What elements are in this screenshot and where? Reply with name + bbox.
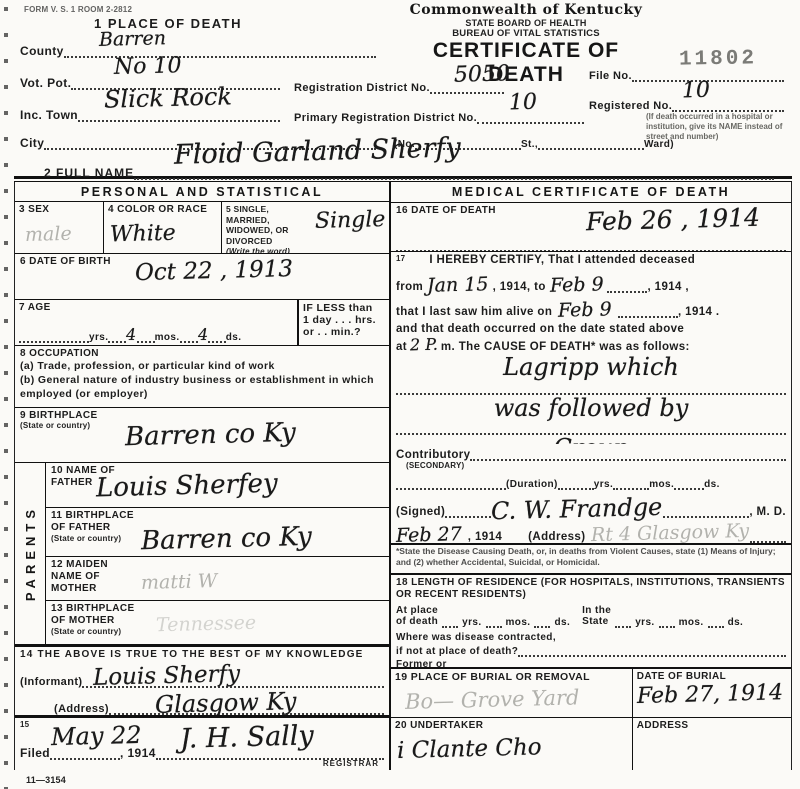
contracted-leader — [518, 643, 786, 657]
from-label: from — [396, 281, 423, 293]
in-state-label2: State — [582, 616, 611, 628]
md-address-leader — [750, 528, 787, 542]
res-leader4 — [615, 613, 631, 627]
registered-label: Registered No. — [589, 100, 672, 112]
burial-label: 19 PLACE OF BURIAL OR REMOVAL — [395, 671, 628, 683]
father-birthplace-row: 11 BIRTHPLACE OF FATHER (State or countr… — [46, 507, 389, 557]
duration2-mos-label: mos. — [649, 479, 674, 490]
registered-value: 10 — [682, 80, 711, 103]
residence-label: 18 LENGTH OF RESIDENCE (FOR HOSPITALS, I… — [396, 577, 786, 602]
filed-row: 15 Filed , 1914 May 22 J. H. Sally REGIS… — [15, 715, 389, 770]
duration2-leader3 — [674, 476, 704, 490]
mother-name-value: matti W — [141, 572, 218, 593]
res-mos2: mos. — [679, 617, 704, 628]
file-no-value: 11802 — [679, 47, 757, 71]
dob-leader — [20, 287, 384, 298]
form-code: FORM V. S. 1 ROOM 2-2812 — [24, 5, 132, 14]
cause-line-1-wrap: Lagripp which — [396, 355, 786, 394]
sex-label: 3 SEX — [19, 204, 99, 215]
duration2-yrs-label: yrs. — [594, 479, 613, 490]
certificate-form: FORM V. S. 1 ROOM 2-2812 1 PLACE OF DEAT… — [14, 0, 792, 789]
occupation-b-label: (b) General nature of industry business … — [20, 374, 384, 401]
if-less-cell: IF LESS than 1 day . . . hrs. or . . min… — [297, 300, 389, 346]
informant-section: 14 THE ABOVE IS TRUE TO THE BEST OF MY K… — [15, 644, 389, 715]
signed-leader2 — [663, 503, 750, 517]
medical-column: MEDICAL CERTIFICATE OF DEATH 16 DATE OF … — [391, 182, 791, 770]
certify-no: 17 — [396, 254, 405, 263]
burial-row: 19 PLACE OF BURIAL OR REMOVAL Bo— Grove … — [391, 667, 791, 716]
undertaker-address-cell: ADDRESS — [632, 718, 791, 770]
dod-value: Feb 26 , 1914 — [586, 205, 761, 235]
age-ds-label: ds. — [226, 332, 242, 343]
res-yrs1: yrs. — [462, 617, 481, 628]
duration2-leader1 — [558, 476, 594, 490]
cause-line-2: was followed by — [494, 394, 689, 422]
race-cell: 4 COLOR OR RACE White — [103, 202, 221, 253]
if-less-line1: IF LESS than — [303, 302, 385, 314]
to-value: Feb 9 — [550, 275, 604, 295]
board-title: STATE BOARD OF HEALTH — [392, 18, 660, 28]
informant-value: Louis Sherfy — [93, 663, 241, 690]
to-end-label: , 1914 , — [647, 281, 689, 293]
birthplace-value: Barren co Ky — [125, 420, 296, 450]
contracted-label: Where was disease contracted, — [396, 632, 786, 643]
at-label: at — [396, 341, 407, 353]
signed-value: C. W. Frandge — [491, 495, 663, 523]
primary-reg-value: 10 — [509, 92, 538, 115]
duration2-leader0 — [396, 476, 506, 490]
sex-value: male — [25, 224, 99, 245]
reg-district-label: Registration District No. — [294, 82, 430, 94]
personal-section-header: PERSONAL AND STATISTICAL PARTICULARS — [15, 182, 389, 201]
cause-leader-1 — [396, 380, 786, 394]
father-name-row: 10 NAME OF FATHER Louis Sherfey — [46, 463, 389, 507]
age-mos-label: mos. — [155, 332, 180, 343]
medical-section-header: MEDICAL CERTIFICATE OF DEATH — [391, 182, 791, 202]
age-leader5 — [208, 328, 226, 342]
age-leader4 — [180, 328, 198, 342]
cause-line-1: Lagripp which — [503, 353, 679, 381]
signed-section: (Signed) C. W. Frandge , M. D. Feb 27 , … — [391, 492, 791, 543]
birthplace-leader — [20, 456, 384, 462]
from-value: Jan 15 — [427, 275, 489, 296]
cause-leader-2 — [396, 421, 786, 435]
cause-line-2-wrap: was followed by — [396, 396, 786, 435]
vot-pot-label: Vot. Pot. — [20, 76, 71, 90]
mother-birthplace-label: 13 BIRTHPLACE OF MOTHER — [51, 603, 141, 627]
informant-label: (Informant) — [20, 676, 82, 688]
bottom-form-code: 11—3154 — [26, 775, 66, 785]
occurred-line: and that death occurred on the date stat… — [396, 323, 786, 335]
personal-section-title: PERSONAL AND STATISTICAL PARTICULARS — [20, 185, 384, 201]
sex-race-marital-row: 3 SEX male 4 COLOR OR RACE White 5 SINGL… — [15, 201, 389, 253]
county-value: Barren — [99, 29, 166, 50]
city-label: City — [20, 136, 44, 150]
md-label: , M. D. — [749, 506, 786, 518]
res-ds2: ds. — [728, 617, 744, 628]
from-mid-label: , 1914, to — [493, 281, 546, 293]
form-body: PERSONAL AND STATISTICAL PARTICULARS 3 S… — [14, 182, 792, 770]
signed-label: (Signed) — [396, 506, 445, 518]
certify-section: 17 I HEREBY CERTIFY, That I attended dec… — [391, 251, 791, 444]
last-saw-label: that I last saw him alive on — [396, 306, 552, 318]
at-place-label1: At place — [396, 605, 438, 617]
marital-sub-label: (Write the word) — [226, 247, 385, 254]
duration2-ds-label: ds. — [704, 479, 720, 490]
signed-date-value: Feb 27 — [396, 525, 462, 543]
bureau-title: BUREAU OF VITAL STATISTICS — [392, 28, 660, 39]
contracted-label2: if not at place of death? — [396, 646, 518, 657]
parents-strip: PARENTS — [15, 463, 45, 644]
hour-value: 2 P. — [410, 337, 438, 354]
dod-row: 16 DATE OF DEATH Feb 26 , 1914 (Month) (… — [391, 202, 791, 251]
father-name-value: Louis Sherfey — [96, 471, 278, 502]
mother-birthplace-row: 13 BIRTHPLACE OF MOTHER (State or countr… — [46, 600, 389, 644]
if-less-line2: 1 day . . . hrs. — [303, 314, 385, 326]
occupation-label: 8 OCCUPATION — [20, 348, 384, 359]
full-name-row: 2 FULL NAME — [44, 166, 774, 180]
age-leader2 — [108, 328, 126, 342]
res-leader1 — [442, 613, 458, 627]
undertaker-cell: 20 UNDERTAKER i Clante Cho — [391, 718, 632, 770]
if-less-line3: or . . min.? — [303, 326, 385, 338]
race-label: 4 COLOR OR RACE — [108, 204, 217, 215]
parents-label: PARENTS — [23, 505, 38, 601]
personal-column: PERSONAL AND STATISTICAL PARTICULARS 3 S… — [15, 182, 391, 770]
burial-date-value: Feb 27, 1914 — [637, 682, 788, 708]
cause-intro-label: m. The CAUSE OF DEATH* was as follows: — [441, 341, 690, 353]
burial-date-cell: DATE OF BURIAL Feb 27, 1914 — [632, 669, 791, 716]
disease-note-row: *State the Disease Causing Death, or, in… — [391, 543, 791, 573]
sex-cell: 3 SEX male — [15, 202, 103, 253]
inc-town-value: Slick Rock — [104, 84, 233, 111]
dob-value: Oct 22 , 1913 — [135, 258, 294, 285]
reg-district-value: 5050 — [454, 63, 511, 86]
filed-date-value: May 22 — [51, 723, 142, 749]
undertaker-label: 20 UNDERTAKER — [395, 720, 628, 731]
contributory-section: Contributory (SECONDARY) (Duration) yrs.… — [391, 444, 791, 491]
age-leader3 — [137, 328, 155, 342]
secondary-label: (SECONDARY) — [406, 461, 786, 470]
age-mos-value: 4 — [126, 326, 137, 342]
duration2-label: (Duration) — [506, 479, 558, 490]
last-saw-end-label: , 1914 . — [678, 306, 720, 318]
primary-reg-row: Primary Registration District No. — [294, 110, 584, 124]
certify-label: I HEREBY CERTIFY, That I attended deceas… — [429, 254, 695, 266]
in-state-label1: In the — [582, 605, 611, 617]
st-label: St., — [521, 139, 538, 150]
father-birthplace-label: 11 BIRTHPLACE OF FATHER — [51, 510, 141, 534]
res-leader3 — [534, 613, 550, 627]
contributory-label: Contributory — [396, 449, 470, 461]
res-leader5 — [659, 613, 675, 627]
disease-note: *State the Disease Causing Death, or, in… — [396, 546, 786, 567]
parents-rows: 10 NAME OF FATHER Louis Sherfey 11 BIRTH… — [45, 463, 389, 644]
residence-section: 18 LENGTH OF RESIDENCE (FOR HOSPITALS, I… — [391, 573, 791, 668]
st-leader — [538, 136, 644, 150]
last-saw-leader — [618, 304, 678, 318]
last-saw-value: Feb 9 — [558, 300, 612, 320]
primary-reg-label: Primary Registration District No. — [294, 112, 477, 124]
knowledge-label: 14 THE ABOVE IS TRUE TO THE BEST OF MY K… — [20, 649, 384, 660]
inc-town-label: Inc. Town — [20, 108, 78, 122]
cause-line-3: Croup — [553, 434, 628, 444]
county-row: County — [20, 44, 376, 58]
contributory-leader — [470, 446, 786, 460]
scan-binding-edge — [2, 0, 12, 789]
hospital-note: (If death occurred in a hospital or inst… — [646, 112, 786, 142]
form-footer: 11—3154 — [14, 770, 792, 789]
file-no-label: File No. — [589, 70, 632, 82]
undertaker-address-label: ADDRESS — [637, 720, 787, 731]
father-birthplace-value: Barren co Ky — [141, 523, 312, 553]
mother-birthplace-value: Tennessee — [156, 614, 257, 636]
former-label1: Former or — [396, 659, 786, 667]
county-label: County — [20, 44, 64, 58]
dod-leader — [396, 238, 786, 251]
burial-value: Bo— Grove Yard — [405, 687, 628, 714]
informant-address-label: (Address) — [54, 703, 109, 715]
res-leader2 — [486, 613, 502, 627]
death-certificate-scan: FORM V. S. 1 ROOM 2-2812 1 PLACE OF DEAT… — [0, 0, 800, 789]
cause-line-3-wrap: Croup — [396, 436, 786, 444]
race-value: White — [110, 222, 218, 247]
burial-place-cell: 19 PLACE OF BURIAL OR REMOVAL Bo— Grove … — [391, 669, 632, 716]
to-leader — [607, 279, 647, 293]
res-ds1: ds. — [554, 617, 570, 628]
signed-leader — [445, 503, 491, 517]
occupation-a-label: (a) Trade, profession, or particular kin… — [20, 360, 384, 374]
full-name-label: 2 FULL NAME — [44, 166, 134, 180]
marital-label: 5 SINGLE, MARRIED, WIDOWED, OR DIVORCED — [226, 204, 310, 247]
age-label: 7 AGE — [19, 302, 293, 313]
signed-year-label: , 1914 — [468, 531, 502, 543]
parents-section: PARENTS 10 NAME OF FATHER Louis Sherfey … — [15, 462, 389, 644]
mother-name-label: 12 MAIDEN NAME OF MOTHER — [51, 559, 141, 595]
registrar-label: REGISTRAR — [323, 759, 379, 768]
age-row: 7 AGE yrs. 4 mos. 4 ds. — [15, 299, 389, 346]
full-name-value: Floid Garland Sherfy — [174, 134, 461, 168]
res-mos1: mos. — [506, 617, 531, 628]
mother-name-row: 12 MAIDEN NAME OF MOTHER matti W — [46, 556, 389, 600]
medical-section-title: MEDICAL CERTIFICATE OF DEATH — [396, 185, 786, 199]
dob-row: 6 DATE OF BIRTH Oct 22 , 1913 (Month) (D… — [15, 253, 389, 298]
marital-cell: 5 SINGLE, MARRIED, WIDOWED, OR DIVORCED … — [221, 202, 389, 253]
undertaker-value: i Clante Cho — [397, 734, 628, 763]
vot-pot-value: No 10 — [114, 55, 182, 79]
md-address-label: (Address) — [528, 531, 585, 543]
birthplace-row: 9 BIRTHPLACE (State or country) Barren c… — [15, 407, 389, 462]
marital-value: Single — [314, 209, 385, 233]
age-ds-value: 4 — [197, 326, 208, 342]
age-cell: 7 AGE yrs. 4 mos. 4 ds. — [15, 300, 297, 346]
informant-address-value: Glasgow Ky — [155, 689, 297, 715]
commonwealth-title: Commonwealth of Kentucky — [392, 2, 660, 18]
occupation-row: 8 OCCUPATION (a) Trade, profession, or p… — [15, 345, 389, 407]
undertaker-row: 20 UNDERTAKER i Clante Cho ADDRESS — [391, 717, 791, 770]
age-leader1 — [19, 328, 89, 342]
at-place-label2: of death — [396, 616, 438, 628]
md-address-value: Rt 4 Glasgow Ky — [591, 522, 750, 543]
res-leader6 — [708, 613, 724, 627]
form-header: FORM V. S. 1 ROOM 2-2812 1 PLACE OF DEAT… — [14, 0, 792, 176]
filed-label: Filed — [20, 746, 50, 760]
duration2-leader2 — [613, 476, 649, 490]
age-yrs-label: yrs. — [89, 332, 108, 343]
registrar-signature: J. H. Sally — [180, 723, 314, 753]
res-yrs2: yrs. — [635, 617, 654, 628]
